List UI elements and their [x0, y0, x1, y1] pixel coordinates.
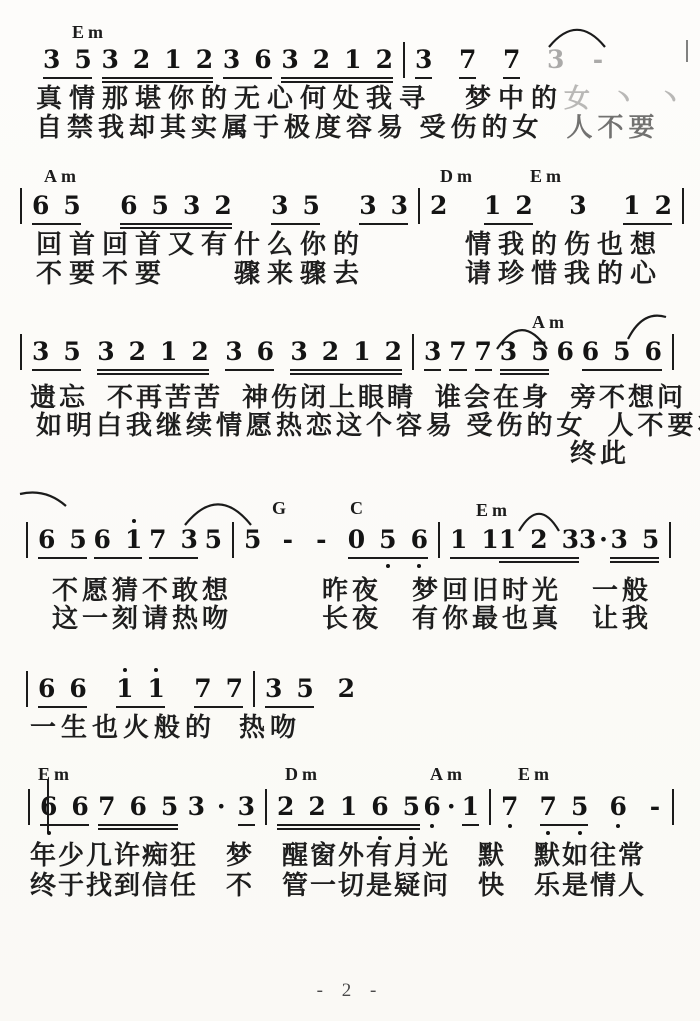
note: -: [281, 526, 295, 554]
slur-arc: [516, 512, 562, 534]
note: -: [591, 46, 605, 74]
note-group-row: -: [314, 526, 328, 554]
note: 6: [32, 192, 49, 220]
beam-underline: [225, 369, 274, 371]
beam-underline: [499, 557, 579, 559]
music-row-3: 353212363212377356656: [20, 338, 674, 375]
note-group: 75: [540, 793, 589, 826]
note-group: 3: [238, 793, 255, 826]
note: 3: [562, 526, 579, 554]
note-group: 765: [98, 793, 178, 830]
note: 1: [462, 793, 479, 821]
note-group: 6: [609, 793, 626, 821]
note: 5: [205, 526, 222, 554]
note: 2: [338, 675, 355, 703]
beam-underline: [98, 824, 178, 826]
music-row-1: 3532123632123773-: [33, 46, 615, 83]
note-group-row: 6: [423, 793, 440, 821]
note: ·: [214, 793, 228, 821]
note: 3: [610, 526, 627, 554]
note-group-row: 3212: [102, 46, 214, 74]
beam-underline: [475, 369, 492, 371]
note-group-row: 61: [94, 526, 143, 554]
note: 5: [613, 338, 630, 366]
note-group-row: 11: [450, 526, 499, 554]
lyrics-row: 终此: [570, 439, 630, 469]
beam-underline: [98, 828, 178, 830]
note: 3: [265, 675, 282, 703]
note: 7: [226, 675, 243, 703]
beam-underline: [582, 369, 662, 371]
beam-underline: [459, 77, 476, 79]
note: 0: [348, 526, 365, 554]
note-group-row: 65: [38, 526, 87, 554]
note: 1: [160, 338, 177, 366]
note-group-row: 75: [540, 793, 589, 821]
note: 1: [484, 192, 501, 220]
beam-underline: [97, 369, 209, 371]
note: 3: [32, 338, 49, 366]
beam-underline: [238, 824, 255, 826]
note-group-row: 3: [579, 526, 596, 554]
note: 6: [71, 793, 88, 821]
note: 3: [579, 526, 596, 554]
note: 1: [116, 675, 133, 703]
beam-underline: [610, 557, 659, 559]
note-group: 77: [194, 675, 243, 708]
note-group-row: 7: [503, 46, 520, 74]
note-group-row: 35: [32, 338, 81, 366]
note-group-row: 7: [459, 46, 476, 74]
note: 5: [296, 675, 313, 703]
page-number: - 2 -: [0, 980, 700, 1002]
note-group-row: 3212: [281, 46, 393, 74]
beam-underline: [97, 373, 209, 375]
beam-underline: [500, 373, 549, 375]
note: 6: [371, 793, 388, 821]
lyrics-row: 终于找到信任 不 管一切是疑问 快 乐是情人: [30, 871, 646, 901]
note-group: 5: [244, 526, 261, 554]
note-group: 2: [430, 192, 447, 220]
note: -: [314, 526, 328, 554]
music-row-4: 65617355--056111233·35: [26, 526, 671, 563]
note: 6: [40, 793, 57, 821]
note: 7: [503, 46, 520, 74]
note: 5: [244, 526, 261, 554]
note: 3: [290, 338, 307, 366]
lyrics-row: 自禁我却其实属于极度容易 受伤的女 人不要: [36, 113, 660, 143]
lyric-segment: 回首回首又有什么你的 情我的伤也想: [36, 230, 663, 259]
note-group: 66: [40, 793, 89, 826]
lyrics-row: 一生也火般的 热吻: [30, 713, 301, 743]
note-group: 3212: [281, 46, 393, 83]
lyric-segment: 真情那堪你的无心何处我寻 梦中的: [36, 84, 564, 113]
note: 2: [129, 338, 146, 366]
note-group-row: 3: [415, 46, 432, 74]
beam-underline: [102, 77, 214, 79]
chord-label: Em: [518, 764, 553, 785]
note: 2: [214, 192, 231, 220]
note: 2: [322, 338, 339, 366]
note: 5: [642, 526, 659, 554]
note: 3: [225, 338, 242, 366]
beam-underline: [120, 223, 232, 225]
note-group: ·: [214, 793, 228, 821]
note: 3: [188, 793, 205, 821]
note: 6: [94, 526, 111, 554]
note: 2: [133, 46, 150, 74]
beam-underline: [450, 557, 499, 559]
note-group: 3: [569, 192, 586, 220]
chord-label: Em: [530, 166, 565, 187]
chord-label: Am: [430, 764, 466, 785]
note-group: 3212: [102, 46, 214, 83]
note: 7: [540, 793, 557, 821]
lyric-segment: 女: [564, 84, 597, 113]
measure: 221656·1: [267, 793, 489, 830]
lyric-segment: 丶 丶: [597, 84, 690, 113]
note-group-row: 5: [244, 526, 261, 554]
note-group-row: 35: [43, 46, 92, 74]
music-row-5: 661177352: [26, 675, 365, 708]
note-group: 36: [225, 338, 274, 371]
note-group: 656: [582, 338, 662, 371]
measure: 6561735: [28, 526, 232, 559]
note-group: 12: [484, 192, 533, 225]
note-group-row: -: [591, 46, 605, 74]
note: 3: [359, 192, 376, 220]
note-group: ·: [444, 793, 458, 821]
note-group-row: -: [281, 526, 295, 554]
note-group: 35: [32, 338, 81, 371]
note: 5: [63, 338, 80, 366]
note-group-row: 3212: [290, 338, 402, 366]
note-group-row: 35: [265, 675, 314, 703]
chord-label: Em: [476, 500, 511, 521]
note: 7: [459, 46, 476, 74]
beam-underline: [484, 223, 533, 225]
end-tick-mark: [686, 40, 688, 62]
barline: [672, 334, 674, 370]
note-group-row: ·: [214, 793, 228, 821]
note: 1: [623, 192, 640, 220]
note-group-row: 1: [462, 793, 479, 821]
note: 3: [271, 192, 288, 220]
note-group-row: 7: [475, 338, 492, 366]
note-group: 35: [271, 192, 320, 225]
music-row-2: 6565323533212312: [20, 192, 684, 229]
note-group: 6: [556, 338, 573, 366]
measure: 661177: [28, 675, 253, 708]
barline: [672, 789, 674, 825]
note-group: -: [314, 526, 328, 554]
note-group: 5: [205, 526, 222, 554]
beam-underline: [120, 227, 232, 229]
note: 1: [125, 526, 142, 554]
note-group-row: ·: [444, 793, 458, 821]
beam-underline: [149, 557, 198, 559]
chord-label: Am: [44, 166, 80, 187]
note-group-row: 3: [238, 793, 255, 821]
note-group-row: 2: [430, 192, 447, 220]
beam-underline: [281, 77, 393, 79]
lyric-segment: 终此: [570, 439, 630, 468]
slur-arc: [626, 315, 668, 341]
barline: [682, 188, 684, 224]
note: 2: [376, 46, 393, 74]
note: 7: [149, 526, 166, 554]
note: 6: [609, 793, 626, 821]
note-group: 3: [547, 46, 564, 74]
note: 6: [38, 526, 55, 554]
note-group: 22165: [277, 793, 420, 830]
note: 2: [308, 793, 325, 821]
chord-label: Em: [38, 764, 73, 785]
note-group: 7: [475, 338, 492, 371]
note-group: 1: [462, 793, 479, 826]
note: ·: [444, 793, 458, 821]
slur-arc: [494, 328, 550, 352]
beam-underline: [194, 706, 243, 708]
beam-underline: [623, 223, 672, 225]
note-group-row: -: [648, 793, 662, 821]
note: 3: [97, 338, 114, 366]
note-group-row: 33: [359, 192, 408, 220]
note: 5: [69, 526, 86, 554]
beam-underline: [277, 828, 420, 830]
note: 7: [98, 793, 115, 821]
note-group-row: 656: [582, 338, 662, 366]
note: 5: [161, 793, 178, 821]
measure: 353212363212: [33, 46, 403, 83]
note: 5: [74, 46, 91, 74]
note: 6: [120, 192, 137, 220]
beam-underline: [499, 561, 579, 563]
note: -: [648, 793, 662, 821]
beam-underline: [271, 223, 320, 225]
beam-underline: [540, 824, 589, 826]
note-group: 12: [623, 192, 672, 225]
beam-underline: [265, 706, 314, 708]
note-group: 65: [32, 192, 81, 225]
measure: 6565323533: [22, 192, 418, 229]
note-group-row: 35: [610, 526, 659, 554]
note: 3: [415, 46, 432, 74]
note: 7: [194, 675, 211, 703]
note-group: 35: [610, 526, 659, 563]
slur-arc: [18, 490, 68, 508]
beam-underline: [94, 557, 143, 559]
chord-label: Em: [72, 22, 107, 43]
note-group-row: 7: [501, 793, 518, 821]
note: 5: [63, 192, 80, 220]
note-group: 7: [503, 46, 520, 79]
note-group-row: ·: [596, 526, 610, 554]
note-group-row: 66: [38, 675, 87, 703]
note-group-row: 77: [194, 675, 243, 703]
chord-label: C: [350, 498, 367, 519]
note-group: 3212: [97, 338, 209, 375]
note-group: 6: [423, 793, 440, 821]
lyrics-row: 这一刻请热吻 长夜 有你最也真 让我: [52, 604, 652, 634]
note-group: 3: [579, 526, 596, 554]
beam-underline: [116, 706, 165, 708]
beam-underline: [277, 824, 420, 826]
note: 6: [254, 46, 271, 74]
note: 6: [556, 338, 573, 366]
measure: 212312: [420, 192, 682, 225]
beam-underline: [348, 557, 428, 559]
note-group: 66: [38, 675, 87, 708]
barline: [669, 522, 671, 558]
beam-underline: [32, 369, 81, 371]
note: 5: [571, 793, 588, 821]
beam-underline: [290, 369, 402, 371]
note-group: 3: [424, 338, 441, 371]
note: 1: [481, 526, 498, 554]
measure: 3773-: [405, 46, 615, 79]
note-group-row: 66: [40, 793, 89, 821]
measure: 667653·3: [30, 793, 265, 830]
note: 3: [180, 526, 197, 554]
note-group-row: 3212: [97, 338, 209, 366]
note: 2: [196, 46, 213, 74]
note: 1: [353, 338, 370, 366]
music-row-6: 667653·3221656·17756-: [28, 793, 674, 830]
note: 1: [344, 46, 361, 74]
note: 1: [164, 46, 181, 74]
note-group-row: 765: [98, 793, 178, 821]
note-group: -: [281, 526, 295, 554]
beam-underline: [449, 369, 466, 371]
note-group-row: 3: [424, 338, 441, 366]
note-group: 73: [149, 526, 198, 559]
measure: 5--056: [234, 526, 438, 559]
lyric-segment: 这一刻请热吻 长夜 有你最也真 让我: [52, 604, 652, 633]
lyric-segment: 遗忘 不再苦苦 神伤闭上眼睛 谁会在身 旁不想问: [30, 383, 686, 412]
note-group: 61: [94, 526, 143, 559]
note-group: 35: [265, 675, 314, 708]
note-group: 3212: [290, 338, 402, 375]
note-group-row: 11: [116, 675, 165, 703]
note-group-row: 5: [205, 526, 222, 554]
note-group: -: [591, 46, 605, 74]
note-group: 3: [188, 793, 205, 821]
note-group: 35: [43, 46, 92, 79]
note-group-row: 6: [556, 338, 573, 366]
note: ·: [596, 526, 610, 554]
note-group: 056: [348, 526, 428, 559]
note: 3: [569, 192, 586, 220]
note: 1: [340, 793, 357, 821]
note-group: 36: [223, 46, 272, 79]
lyric-segment: 人不要: [544, 113, 660, 142]
lyric-segment: 不愿猜不敢想 昨夜 梦回旧时光 一般: [52, 576, 652, 605]
note: 6: [69, 675, 86, 703]
note: 3: [238, 793, 255, 821]
lyrics-row: 不要不要 骤来骤去 请珍惜我的心: [36, 259, 663, 289]
note: 1: [499, 526, 516, 554]
note-group: -: [648, 793, 662, 821]
note: 6: [38, 675, 55, 703]
measure: 353212363212: [22, 338, 412, 375]
beam-underline: [462, 824, 479, 826]
note-group: 33: [359, 192, 408, 225]
note: 7: [449, 338, 466, 366]
note: 6: [645, 338, 662, 366]
note: 3: [183, 192, 200, 220]
note-group-row: 73: [149, 526, 198, 554]
note-group: 3: [415, 46, 432, 79]
slur-arc: [182, 502, 254, 528]
lyrics-row: 年少几许痴狂 梦 醒窗外有月光 默 默如往常: [30, 841, 646, 871]
beam-underline: [359, 223, 408, 225]
lyric-segment: 如明白我继续情愿热恋这个容易 受伤的女 人不要将: [36, 411, 700, 440]
note: 5: [302, 192, 319, 220]
note: 6: [582, 338, 599, 366]
note: 5: [152, 192, 169, 220]
note: 3: [391, 192, 408, 220]
note: 2: [655, 192, 672, 220]
note: 5: [403, 793, 420, 821]
note: 7: [501, 793, 518, 821]
lyrics-row: 不愿猜不敢想 昨夜 梦回旧时光 一般: [52, 576, 652, 606]
slur-arc: [546, 28, 608, 50]
note-group: ·: [596, 526, 610, 554]
note-group: 7: [459, 46, 476, 79]
beam-underline: [38, 706, 87, 708]
beam-underline: [102, 81, 214, 83]
note: 7: [475, 338, 492, 366]
note: 6: [423, 793, 440, 821]
note: 6: [130, 793, 147, 821]
beam-underline: [43, 77, 92, 79]
beam-underline: [500, 369, 549, 371]
note: 2: [515, 192, 532, 220]
beam-underline: [610, 561, 659, 563]
note: 1: [148, 675, 165, 703]
note: 2: [385, 338, 402, 366]
measure: 352: [255, 675, 365, 708]
note-group-row: 35: [271, 192, 320, 220]
note-group-row: 12: [484, 192, 533, 220]
note: 3: [102, 46, 119, 74]
note-group: 2: [338, 675, 355, 703]
note-group: 11: [450, 526, 499, 559]
note-group-row: 22165: [277, 793, 420, 821]
note-group-row: 12: [623, 192, 672, 220]
note: 3: [43, 46, 60, 74]
note-group: 7: [501, 793, 518, 821]
note: 2: [313, 46, 330, 74]
note-group-row: 7: [449, 338, 466, 366]
note: 2: [191, 338, 208, 366]
note-group-row: 36: [223, 46, 272, 74]
note: 1: [450, 526, 467, 554]
sheet-music-page: - 2 - Em3532123632123773-真情那堪你的无心何处我寻 梦中…: [0, 0, 700, 1021]
note-group-row: 2: [338, 675, 355, 703]
beam-underline: [424, 369, 441, 371]
beam-underline: [290, 373, 402, 375]
measure: 7756-: [491, 793, 672, 826]
note: 6: [411, 526, 428, 554]
note-group: 6532: [120, 192, 232, 229]
note-group-row: 3: [188, 793, 205, 821]
lyric-segment: 不要不要 骤来骤去 请珍惜我的心: [36, 259, 663, 288]
note-group: 11: [116, 675, 165, 708]
lyric-segment: 终于找到信任 不 管一切是疑问 快 乐是情人: [30, 871, 646, 900]
chord-label: Dm: [440, 166, 476, 187]
